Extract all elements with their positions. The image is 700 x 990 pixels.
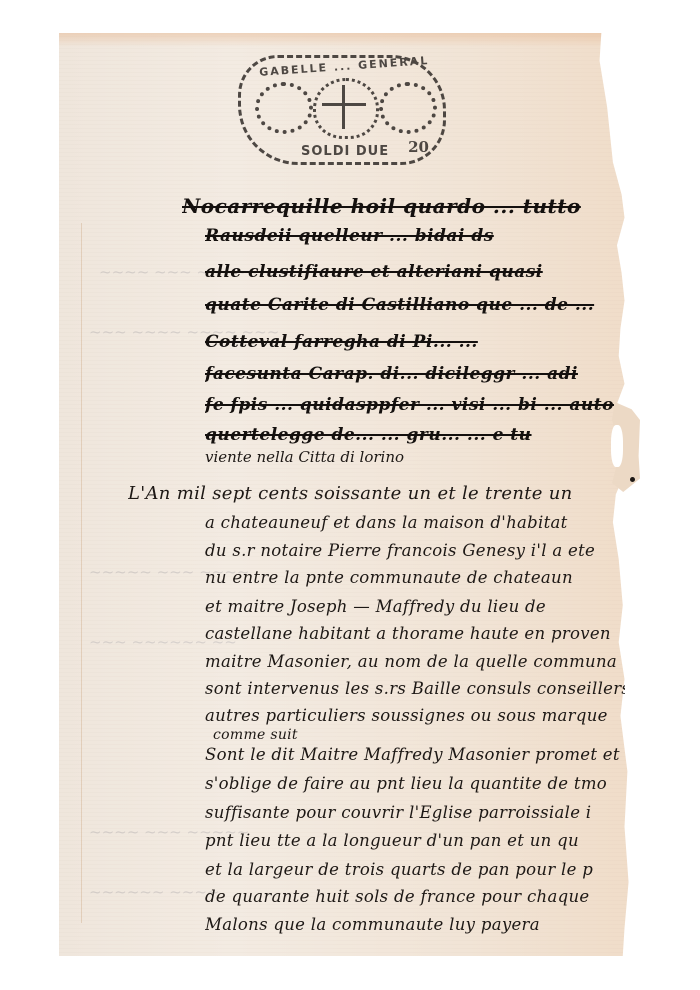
struck-line-4: quate Carite di Castilliano que ... de .… — [205, 295, 620, 315]
body-line-6: castellane habitant a thorame haute en p… — [205, 624, 625, 643]
body-line-3: du s.r notaire Pierre francois Genesy i'… — [205, 541, 625, 560]
struck-line-8: quertelegge de... ... gru... ... e tu — [205, 425, 610, 445]
body-line-16: de quarante huit sols de france pour cha… — [205, 887, 625, 906]
struck-line-6: facesunta Carap. di... dicileggr ... adi — [205, 364, 620, 384]
body-line-8: sont intervenus les s.rs Baille consuls … — [205, 679, 625, 698]
struck-line-9: viente nella Citta di lorino — [205, 448, 465, 466]
body-line-7: maitre Masonier, au nom de la quelle com… — [205, 652, 625, 671]
body-line-1: L'An mil sept cents soissante un et le t… — [128, 483, 633, 504]
body-line-11: Sont le dit Maitre Maffredy Masonier pro… — [205, 745, 625, 764]
body-line-2: a chateauneuf et dans la maison d'habita… — [205, 513, 625, 532]
body-line-12: s'oblige de faire au pnt lieu la quantit… — [205, 774, 625, 793]
struck-line-5: Cotteval farregha di Pi... ... — [205, 332, 620, 352]
body-line-9: autres particuliers soussignes ou sous m… — [205, 706, 625, 725]
struck-line-3: alle clustifiaure et alteriani quasi — [205, 262, 605, 282]
paper-hole — [611, 425, 623, 467]
body-line-4: nu entre la pnte communaute de chateaun — [205, 568, 625, 587]
body-line-10: comme suit — [213, 727, 333, 743]
body-line-14: pnt lieu tte a la longueur d'un pan et u… — [205, 831, 625, 850]
struck-line-1: Nocarrequille hoil quardo ... tutto — [182, 194, 622, 218]
tax-stamp: GABELLE ... GENERAL SOLDI DUE 20 — [238, 55, 446, 165]
stamp-ornament-left — [255, 82, 313, 134]
stamp-ornament-right — [379, 82, 437, 134]
ink-spot — [630, 477, 635, 482]
struck-line-7: fe fpis ... quidasppfer ... visi ... bi … — [205, 395, 620, 415]
stamp-value: 20 — [408, 138, 429, 156]
stamp-top-text: GABELLE ... GENERAL — [259, 54, 430, 79]
body-line-15: et la largeur de trois quarts de pan pou… — [205, 860, 625, 879]
show-through-text: ~~~~~~ ~~~~ — [89, 883, 219, 901]
body-line-13: suffisante pour couvrir l'Eglise parrois… — [205, 803, 625, 822]
stamp-crest-icon — [313, 78, 379, 139]
stamp-bottom-text: SOLDI DUE — [301, 144, 389, 159]
body-line-17: Malons que la communaute luy payera — [205, 915, 625, 934]
body-line-5: et maitre Joseph — Maffredy du lieu de — [205, 597, 625, 616]
struck-line-2: Rausdeii quelleur ... bidai ds — [205, 226, 625, 246]
